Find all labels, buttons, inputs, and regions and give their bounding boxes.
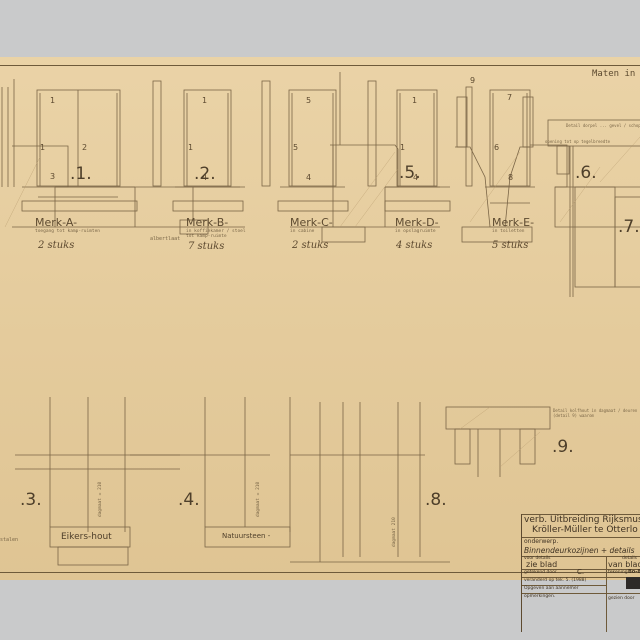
elev-a-num-1: 1 — [50, 96, 55, 105]
section-4-label: .4. — [178, 490, 200, 510]
section-5-label: .5. — [399, 163, 421, 183]
section-6-label: .6. — [575, 163, 597, 183]
merk-b-label: Merk-B- — [186, 216, 228, 229]
section-8-label: .8. — [425, 490, 447, 510]
received-label: Opgeven aan aannemer — [524, 586, 579, 591]
merk-b-location: in koffiekamer / stoel tot kamp-ruimte — [186, 229, 246, 239]
merk-a-qty: 2 stuks — [38, 240, 74, 251]
section-7-label: .7. — [618, 217, 640, 237]
title-block: verb. Uitbreiding Rijksmuseum Kröller-Mü… — [521, 514, 640, 632]
merk-a-location: toegang tot kamp-ruimten — [35, 229, 100, 234]
sheet-value: van blad — [608, 560, 640, 569]
merk-c-label: Merk-C- — [290, 216, 333, 229]
section-3-dimension: dagmaat = 210 — [98, 482, 103, 517]
section-3-side-note: stalen — [0, 537, 18, 543]
remarks-label: opmerkingen. — [524, 594, 555, 599]
elev-d-num-2: 1 — [400, 143, 405, 152]
section-4-dimension: dagmaat = 210 — [256, 482, 261, 517]
merk-d-location: in opslagruimte — [395, 229, 436, 234]
merk-c-location: in cabine — [290, 229, 314, 234]
elev-c-num-2: 5 — [293, 143, 298, 152]
elev-e-num-3: 6 — [494, 143, 499, 152]
section-2-note: albertlaat — [150, 236, 180, 242]
elev-b-num-1: 1 — [202, 96, 207, 105]
merk-e-location: in toiletten — [492, 229, 525, 234]
section-3-material: Eikers-hout — [61, 532, 112, 542]
merk-c-qty: 2 stuks — [292, 240, 328, 251]
seen-by-label: gezien door — [608, 596, 635, 601]
drawn-by-label: getekend door — [524, 570, 557, 575]
project-line-2: Kröller-Müller te Otterlo — [532, 525, 638, 535]
section-1-label: .1. — [70, 164, 92, 184]
merk-b-qty: 7 stuks — [188, 241, 224, 252]
elev-a-num-4: 3 — [50, 172, 55, 181]
elev-d-num-1: 1 — [412, 96, 417, 105]
merk-d-label: Merk-D- — [395, 216, 439, 229]
subject-label: onderwerp. — [524, 538, 558, 545]
sheet-number-label: tekening — [608, 570, 628, 575]
section-6-note: opening tot op tegelbreedte — [545, 139, 610, 144]
scale-note: Maten in c — [592, 69, 640, 79]
elev-b-num-2: 1 — [188, 143, 193, 152]
drawing-sheet: Maten in c 1 1 2 3 1 1 4 5 5 4 1 1 4 9 7… — [0, 57, 640, 580]
changed-label: veranderd op tek. 5. (1988) — [524, 578, 586, 583]
elev-c-num-3: 4 — [306, 173, 311, 182]
elev-e-num-4: 8 — [508, 173, 513, 182]
elev-e-num-1: 9 — [470, 76, 475, 85]
merk-e-label: Merk-E- — [492, 216, 534, 229]
subject-value: Binnendeurkozijnen + details — [524, 546, 635, 555]
section-4-material: Natuursteen - — [222, 532, 270, 540]
technical-drawing-linework — [0, 57, 640, 580]
section-2-label: .2. — [194, 164, 216, 184]
elev-e-num-2: 7 — [507, 93, 512, 102]
drawn-by-value: C. — [577, 568, 584, 576]
section-9-label: .9. — [552, 437, 574, 457]
elev-c-num-1: 5 — [306, 96, 311, 105]
project-line-1: verb. Uitbreiding Rijksmuseum — [524, 515, 640, 525]
detail-note-top-right: Detail dorpel ... gevel / schop — [566, 123, 640, 128]
merk-d-qty: 4 stuks — [396, 240, 432, 251]
section-8-dimension: dagmaat 210 — [392, 517, 397, 547]
merk-a-label: Merk-A- — [35, 216, 77, 229]
related-value: zie blad — [526, 560, 557, 569]
elev-a-num-3: 2 — [82, 143, 87, 152]
sheet-number-value: Bo-8 — [628, 569, 640, 575]
elev-a-num-2: 1 — [40, 143, 45, 152]
section-9-note: Detail kolfhout in dagmaat / deuren (det… — [553, 408, 640, 418]
stamp-block — [626, 577, 640, 589]
merk-e-qty: 5 stuks — [492, 240, 528, 251]
section-3-label: .3. — [20, 490, 42, 510]
